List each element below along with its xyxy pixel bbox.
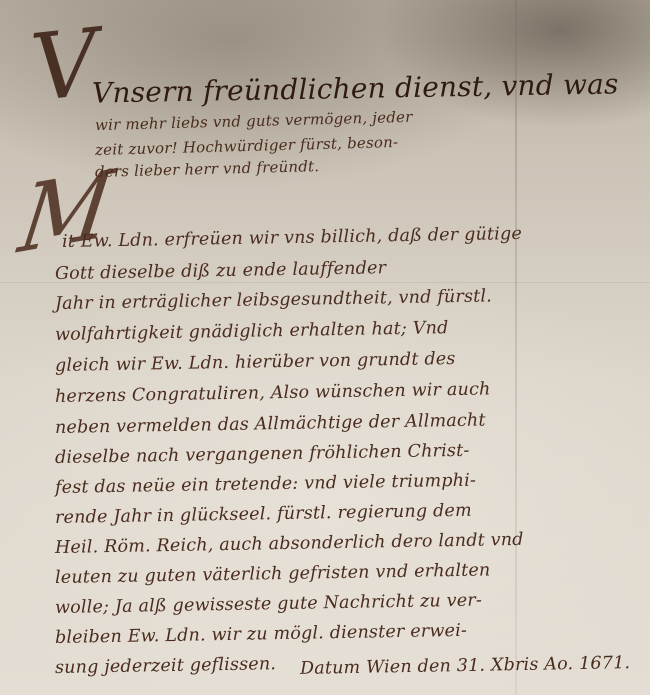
body-line: dieselbe nach vergangenen fröhlichen Chr… bbox=[55, 441, 470, 468]
salutation-line: zeit zuvor! Hochwürdiger fürst, beson- bbox=[95, 133, 399, 159]
salutation-line: ders lieber herr vnd freündt. bbox=[95, 157, 320, 181]
body-line: gleich wir Ew. Ldn. hierüber von grundt … bbox=[55, 349, 456, 376]
letter-page: V Vnsern freündlichen dienst, vnd was wi… bbox=[0, 0, 650, 695]
paper-fold-vertical bbox=[515, 0, 517, 695]
body-line: fest das neüe ein tretende: vnd viele tr… bbox=[55, 471, 476, 498]
date-line: Datum Wien den 31. Xbris Ao. 1671. bbox=[300, 653, 631, 679]
salutation-main-line: Vnsern freündlichen dienst, vnd was bbox=[92, 67, 619, 109]
body-line: wolfahrtigkeit gnädiglich erhalten hat; … bbox=[55, 318, 449, 345]
body-line: sung jederzeit geflissen. bbox=[55, 654, 276, 678]
body-line: Jahr in erträglicher leibsgesundtheit, v… bbox=[55, 286, 492, 314]
body-line: herzens Congratuliren, Also wünschen wir… bbox=[55, 379, 491, 407]
body-line: Gott dieselbe diß zu ende lauffender bbox=[55, 258, 387, 284]
body-line: bleiben Ew. Ldn. wir zu mögl. dienster e… bbox=[55, 621, 467, 648]
body-line: it Ew. Ldn. erfreüen wir vns billich, da… bbox=[62, 224, 522, 252]
body-line: wolle; Ja alß gewisseste gute Nachricht … bbox=[55, 591, 482, 618]
body-line: neben vermelden das Allmächtige der Allm… bbox=[55, 410, 486, 438]
body-line: rende Jahr in glückseel. fürstl. regieru… bbox=[55, 501, 472, 528]
body-line: leuten zu guten väterlich gefristen vnd … bbox=[55, 560, 491, 588]
salutation-line: wir mehr liebs vnd guts vermögen, jeder bbox=[95, 108, 413, 134]
body-line: Heil. Röm. Reich, auch absonderlich dero… bbox=[55, 530, 524, 558]
